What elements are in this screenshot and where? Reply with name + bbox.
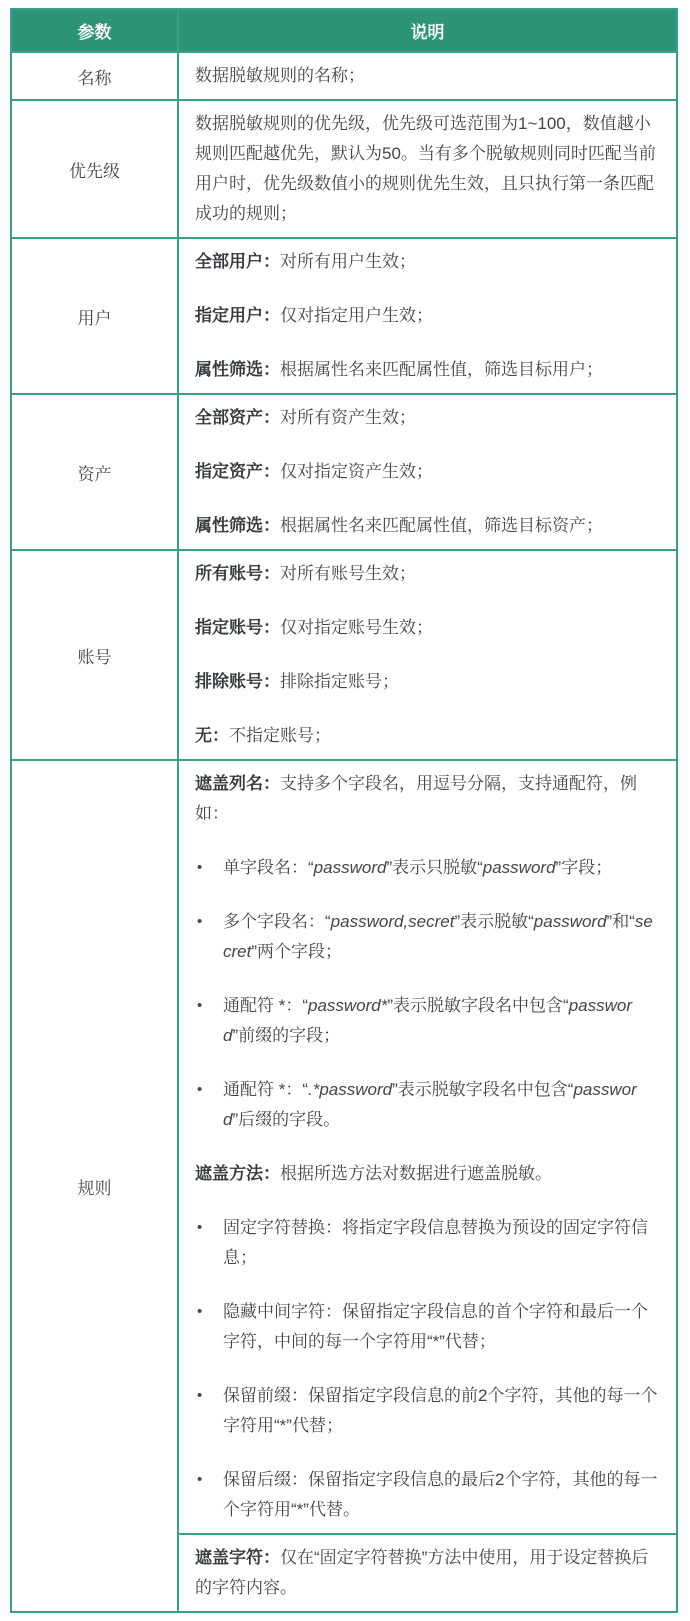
bullet-item: •隐藏中间字符：保留指定字段信息的首个字符和最后一个字符，中间的每一个字符用“*… bbox=[195, 1297, 660, 1357]
bullet-item: •通配符 *：“.*password”表示脱敏字段名中包含“password”后… bbox=[195, 1075, 660, 1135]
desc-cell: 所有账号：对所有账号生效；指定账号：仅对指定账号生效；排除账号：排除指定账号；无… bbox=[178, 550, 677, 760]
row4-block2-segment-0: 排除账号： bbox=[195, 672, 280, 691]
table-header: 参数 说明 bbox=[11, 9, 677, 52]
desc-cell: 全部用户：对所有用户生效；指定用户：仅对指定用户生效；属性筛选：根据属性名来匹配… bbox=[178, 238, 677, 394]
desc-paragraph: 遮盖列名：支持多个字段名，用逗号分隔，支持通配符，例如： bbox=[195, 769, 660, 829]
bullet-item: •保留后缀：保留指定字段信息的最后2个字符，其他的每一个字符用“*”代替。 bbox=[195, 1465, 660, 1525]
row4-block2-segment-1: 排除指定账号； bbox=[280, 672, 399, 691]
row5-block1-segment-3: password bbox=[483, 858, 556, 877]
desc-paragraph: 全部资产：对所有资产生效； bbox=[195, 403, 660, 433]
row5-block4-segment-1: .*password bbox=[308, 1080, 392, 1099]
row6-block0-segment-0: 遮盖字符： bbox=[195, 1548, 280, 1567]
table-row: 资产全部资产：对所有资产生效；指定资产：仅对指定资产生效；属性筛选：根据属性名来… bbox=[11, 394, 677, 550]
row3-block1-segment-1: 仅对指定资产生效； bbox=[280, 462, 433, 481]
row5-block1-segment-2: ”表示只脱敏“ bbox=[386, 858, 482, 877]
param-cell: 资产 bbox=[11, 394, 178, 550]
desc-paragraph: 数据脱敏规则的优先级，优先级可选范围为1~100，数值越小规则匹配越优先，默认为… bbox=[195, 109, 660, 229]
desc-cell: 数据脱敏规则的优先级，优先级可选范围为1~100，数值越小规则匹配越优先，默认为… bbox=[178, 100, 677, 238]
row5-block3-segment-0: 通配符 *：“ bbox=[223, 996, 308, 1015]
row2-block2-segment-0: 属性筛选： bbox=[195, 360, 280, 379]
bullet-text: 保留前缀：保留指定字段信息的前2个字符，其他的每一个字符用“*”代替； bbox=[223, 1381, 660, 1441]
row5-block2-segment-4: ”和“ bbox=[607, 912, 635, 931]
row3-block0-segment-1: 对所有资产生效； bbox=[280, 408, 416, 427]
row4-block1-segment-0: 指定账号： bbox=[195, 618, 280, 637]
desc-paragraph: 全部用户：对所有用户生效； bbox=[195, 247, 660, 277]
bullet-text: 单字段名：“password”表示只脱敏“password”字段； bbox=[223, 853, 660, 883]
row3-block2-segment-0: 属性筛选： bbox=[195, 516, 280, 535]
header-row: 参数 说明 bbox=[11, 9, 677, 52]
row4-block0-segment-0: 所有账号： bbox=[195, 564, 280, 583]
desc-paragraph: 指定账号：仅对指定账号生效； bbox=[195, 613, 660, 643]
table-row: 用户全部用户：对所有用户生效；指定用户：仅对指定用户生效；属性筛选：根据属性名来… bbox=[11, 238, 677, 394]
row4-block1-segment-1: 仅对指定账号生效； bbox=[280, 618, 433, 637]
bullet-icon: • bbox=[195, 907, 223, 967]
header-cell-param: 参数 bbox=[11, 9, 178, 52]
param-cell: 名称 bbox=[11, 52, 178, 100]
desc-paragraph: 属性筛选：根据属性名来匹配属性值，筛选目标资产； bbox=[195, 511, 660, 541]
row5-block5-segment-1: 根据所选方法对数据进行遮盖脱敏。 bbox=[280, 1164, 552, 1183]
bullet-item: •多个字段名：“password,secret”表示脱敏“password”和“… bbox=[195, 907, 660, 967]
row5-block3-segment-1: password* bbox=[308, 996, 387, 1015]
row4-block3-segment-1: 不指定账号； bbox=[229, 726, 331, 745]
bullet-item: •单字段名：“password”表示只脱敏“password”字段； bbox=[195, 853, 660, 883]
row5-block4-segment-4: ”后缀的字段。 bbox=[232, 1110, 340, 1129]
row5-block4-segment-0: 通配符 *：“ bbox=[223, 1080, 308, 1099]
row3-block1-segment-0: 指定资产： bbox=[195, 462, 280, 481]
bullet-text: 通配符 *：“.*password”表示脱敏字段名中包含“password”后缀… bbox=[223, 1075, 660, 1135]
row4-block0-segment-1: 对所有账号生效； bbox=[280, 564, 416, 583]
param-cell: 用户 bbox=[11, 238, 178, 394]
row5-block8-segment-0: 保留前缀：保留指定字段信息的前2个字符，其他的每一个字符用“*”代替； bbox=[223, 1386, 657, 1435]
bullet-text: 固定字符替换：将指定字段信息替换为预设的固定字符信息； bbox=[223, 1213, 660, 1273]
row5-block4-segment-2: ”表示脱敏字段名中包含“ bbox=[392, 1080, 573, 1099]
bullet-text: 隐藏中间字符：保留指定字段信息的首个字符和最后一个字符，中间的每一个字符用“*”… bbox=[223, 1297, 660, 1357]
desc-paragraph: 数据脱敏规则的名称； bbox=[195, 61, 660, 91]
parameters-table: 参数 说明 名称数据脱敏规则的名称；优先级数据脱敏规则的优先级，优先级可选范围为… bbox=[10, 8, 678, 1613]
bullet-icon: • bbox=[195, 1381, 223, 1441]
param-cell: 账号 bbox=[11, 550, 178, 760]
row5-block2-segment-2: ”表示脱敏“ bbox=[454, 912, 533, 931]
row3-block0-segment-0: 全部资产： bbox=[195, 408, 280, 427]
row2-block0-segment-0: 全部用户： bbox=[195, 252, 280, 271]
param-cell: 规则 bbox=[11, 760, 178, 1612]
bullet-icon: • bbox=[195, 991, 223, 1051]
desc-paragraph: 指定资产：仅对指定资产生效； bbox=[195, 457, 660, 487]
table-row: 名称数据脱敏规则的名称； bbox=[11, 52, 677, 100]
desc-paragraph: 遮盖字符：仅在“固定字符替换”方法中使用，用于设定替换后的字符内容。 bbox=[195, 1543, 660, 1603]
row5-block5-segment-0: 遮盖方法： bbox=[195, 1164, 280, 1183]
bullet-icon: • bbox=[195, 853, 223, 883]
desc-cell: 遮盖列名：支持多个字段名，用逗号分隔，支持通配符，例如：•单字段名：“passw… bbox=[178, 760, 677, 1534]
row2-block2-segment-1: 根据属性名来匹配属性值，筛选目标用户； bbox=[280, 360, 603, 379]
row3-block2-segment-1: 根据属性名来匹配属性值，筛选目标资产； bbox=[280, 516, 603, 535]
desc-paragraph: 所有账号：对所有账号生效； bbox=[195, 559, 660, 589]
bullet-item: •通配符 *：“password*”表示脱敏字段名中包含“password”前缀… bbox=[195, 991, 660, 1051]
table-row: 账号所有账号：对所有账号生效；指定账号：仅对指定账号生效；排除账号：排除指定账号… bbox=[11, 550, 677, 760]
table-body: 名称数据脱敏规则的名称；优先级数据脱敏规则的优先级，优先级可选范围为1~100，… bbox=[11, 52, 677, 1612]
desc-cell: 数据脱敏规则的名称； bbox=[178, 52, 677, 100]
row5-block1-segment-0: 单字段名：“ bbox=[223, 858, 314, 877]
row0-block0-segment-0: 数据脱敏规则的名称； bbox=[195, 66, 365, 85]
desc-paragraph: 指定用户：仅对指定用户生效； bbox=[195, 301, 660, 331]
row5-block3-segment-4: ”前缀的字段； bbox=[232, 1026, 340, 1045]
table-row: 规则遮盖列名：支持多个字段名，用逗号分隔，支持通配符，例如：•单字段名：“pas… bbox=[11, 760, 677, 1534]
row5-block3-segment-2: ”表示脱敏字段名中包含“ bbox=[387, 996, 568, 1015]
row5-block2-segment-6: ”两个字段； bbox=[251, 942, 342, 961]
row5-block1-segment-4: ”字段； bbox=[556, 858, 613, 877]
bullet-text: 多个字段名：“password,secret”表示脱敏“password”和“s… bbox=[223, 907, 660, 967]
page-container: 参数 说明 名称数据脱敏规则的名称；优先级数据脱敏规则的优先级，优先级可选范围为… bbox=[0, 0, 690, 1621]
row5-block7-segment-0: 隐藏中间字符：保留指定字段信息的首个字符和最后一个字符，中间的每一个字符用“*”… bbox=[223, 1302, 648, 1351]
desc-paragraph: 排除账号：排除指定账号； bbox=[195, 667, 660, 697]
row5-block2-segment-0: 多个字段名：“ bbox=[223, 912, 331, 931]
desc-paragraph: 遮盖方法：根据所选方法对数据进行遮盖脱敏。 bbox=[195, 1159, 660, 1189]
row5-block0-segment-0: 遮盖列名： bbox=[195, 774, 280, 793]
param-cell: 优先级 bbox=[11, 100, 178, 238]
row5-block9-segment-0: 保留后缀：保留指定字段信息的最后2个字符，其他的每一个字符用“*”代替。 bbox=[223, 1470, 657, 1519]
row5-block2-segment-3: password bbox=[534, 912, 607, 931]
bullet-text: 通配符 *：“password*”表示脱敏字段名中包含“password”前缀的… bbox=[223, 991, 660, 1051]
row5-block6-segment-0: 固定字符替换：将指定字段信息替换为预设的固定字符信息； bbox=[223, 1218, 648, 1267]
bullet-icon: • bbox=[195, 1213, 223, 1273]
row1-block0-segment-0: 数据脱敏规则的优先级，优先级可选范围为1~100，数值越小规则匹配越优先，默认为… bbox=[195, 114, 656, 223]
table-row: 优先级数据脱敏规则的优先级，优先级可选范围为1~100，数值越小规则匹配越优先，… bbox=[11, 100, 677, 238]
desc-cell: 遮盖字符：仅在“固定字符替换”方法中使用，用于设定替换后的字符内容。 bbox=[178, 1534, 677, 1612]
bullet-item: •保留前缀：保留指定字段信息的前2个字符，其他的每一个字符用“*”代替； bbox=[195, 1381, 660, 1441]
row2-block1-segment-1: 仅对指定用户生效； bbox=[280, 306, 433, 325]
bullet-icon: • bbox=[195, 1075, 223, 1135]
bullet-text: 保留后缀：保留指定字段信息的最后2个字符，其他的每一个字符用“*”代替。 bbox=[223, 1465, 660, 1525]
bullet-item: •固定字符替换：将指定字段信息替换为预设的固定字符信息； bbox=[195, 1213, 660, 1273]
row2-block1-segment-0: 指定用户： bbox=[195, 306, 280, 325]
row2-block0-segment-1: 对所有用户生效； bbox=[280, 252, 416, 271]
row5-block1-segment-1: password bbox=[314, 858, 387, 877]
row4-block3-segment-0: 无： bbox=[195, 726, 229, 745]
desc-cell: 全部资产：对所有资产生效；指定资产：仅对指定资产生效；属性筛选：根据属性名来匹配… bbox=[178, 394, 677, 550]
header-cell-desc: 说明 bbox=[178, 9, 677, 52]
bullet-icon: • bbox=[195, 1297, 223, 1357]
bullet-icon: • bbox=[195, 1465, 223, 1525]
desc-paragraph: 属性筛选：根据属性名来匹配属性值，筛选目标用户； bbox=[195, 355, 660, 385]
row5-block2-segment-1: password,secret bbox=[331, 912, 455, 931]
desc-paragraph: 无：不指定账号； bbox=[195, 721, 660, 751]
